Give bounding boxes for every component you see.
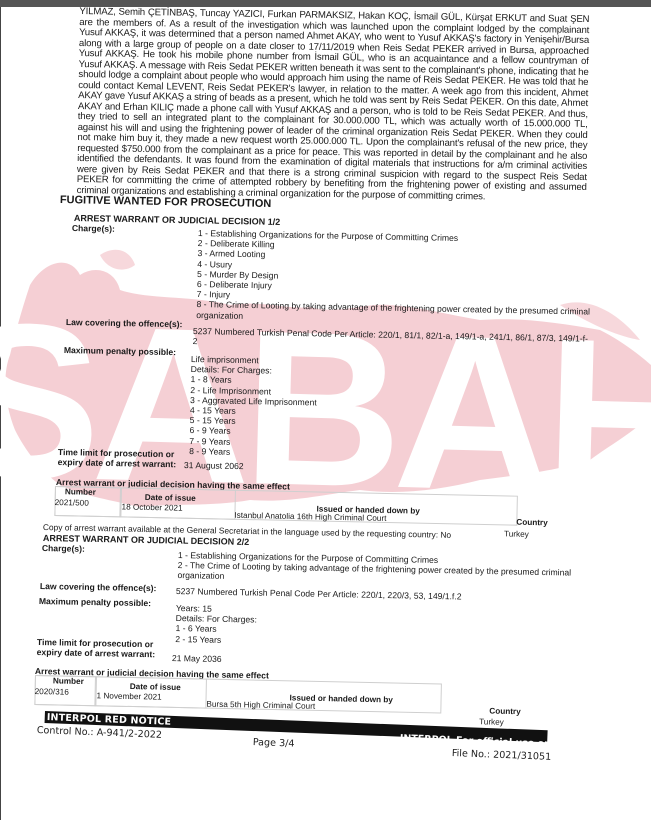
footer-page-number: Page 3/4 bbox=[253, 737, 295, 750]
table-cell-country: Turkey bbox=[479, 717, 504, 727]
warrant-1-penalty-value: Life imprisonment Details: For Charges: … bbox=[189, 354, 318, 458]
table-cell-date: 1 November 2021 bbox=[96, 691, 161, 701]
warrant-2-time-limit-label: Time limit for prosecution or expiry dat… bbox=[37, 637, 156, 659]
table-header-number: Number bbox=[65, 487, 96, 497]
table-header-country: Country bbox=[489, 707, 521, 717]
table-header-date: Date of issue bbox=[130, 682, 181, 692]
warrant-2-table: Number Date of issue Issued or handed do… bbox=[34, 675, 555, 716]
time-limit-label-line: expiry date of arrest warrant: bbox=[58, 457, 177, 469]
warrant-2-charges-label: Charge(s): bbox=[42, 543, 85, 554]
warrant-1-charges-label: Charge(s): bbox=[72, 223, 115, 234]
table-cell-country: Turkey bbox=[504, 529, 529, 539]
warrant-2-penalty-label: Maximum penalty possible: bbox=[39, 596, 151, 608]
penalty-line: 8 - 9 Years bbox=[189, 446, 316, 459]
table-header-number: Number bbox=[53, 676, 84, 686]
time-limit-label-line: expiry date of arrest warrant: bbox=[37, 647, 156, 659]
footer-control-number: Control No.: A-941/2-2022 bbox=[37, 725, 163, 741]
document-page: YILMAZ, Semih ÇETİNBAŞ, Tuncay YAZICI, F… bbox=[0, 0, 651, 820]
warrant-1-law-value: 5237 Numbered Turkish Penal Code Per Art… bbox=[193, 326, 588, 354]
warrant-1-table: Number Date of issue Issued or handed do… bbox=[54, 486, 575, 527]
investigation-summary: YILMAZ, Semih ÇETİNBAŞ, Tuncay YAZICI, F… bbox=[77, 7, 590, 204]
table-cell-issuer: Bursa 5th High Criminal Court bbox=[206, 700, 315, 711]
warrant-2-law-label: Law covering the offence(s): bbox=[40, 581, 157, 593]
table-cell-number: 2020/316 bbox=[35, 687, 69, 697]
table-header-date: Date of issue bbox=[145, 493, 196, 503]
table-cell-issuer: Istanbul Anatolia 16th High Criminal Cou… bbox=[234, 511, 386, 523]
warrant-1-charges-list: 1 - Establishing Organizations for the P… bbox=[196, 228, 591, 327]
warrant-1-penalty-label: Maximum penalty possible: bbox=[64, 345, 176, 357]
warrant-2-charges-list: 1 - Establishing Organizations for the P… bbox=[177, 550, 571, 588]
warrant-1-time-limit-label: Time limit for prosecution or expiry dat… bbox=[58, 447, 177, 469]
warrant-2-penalty-value: Years: 15 Details: For Charges: 1 - 6 Ye… bbox=[175, 603, 257, 645]
table-cell-number: 2021/500 bbox=[55, 498, 89, 508]
footer-file-number: File No.: 2021/31051 bbox=[452, 748, 552, 763]
penalty-line: 2 - 15 Years bbox=[175, 634, 256, 646]
table-header-country: Country bbox=[516, 518, 548, 528]
warrant-1-law-label: Law covering the offence(s): bbox=[66, 317, 183, 329]
warrant-2-law-value: 5237 Numbered Turkish Penal Code Per Art… bbox=[176, 586, 462, 602]
warrant-1-time-limit-value: 31 August 2062 bbox=[184, 460, 244, 471]
table-cell-date: 18 October 2021 bbox=[121, 502, 182, 512]
warrant-2-time-limit-value: 21 May 2036 bbox=[172, 653, 222, 664]
